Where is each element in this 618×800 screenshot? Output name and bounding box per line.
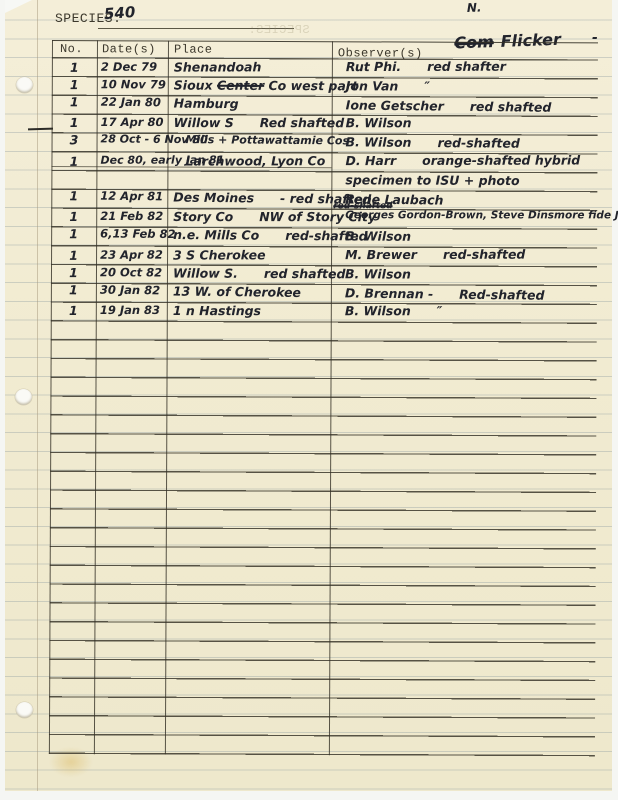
cell-date: 19 Jan 83 — [100, 303, 160, 317]
observer-note: red shafted — [470, 98, 552, 114]
cell-place: 13 W. of Cherokee — [173, 283, 301, 299]
cell-observer: D. Brennan -Red-shafted — [345, 285, 545, 302]
observer-text: B. Wilson — [345, 266, 411, 281]
cell-date: 21 Feb 82 — [100, 209, 163, 223]
place-text: Des Moines — [173, 189, 254, 205]
bleedthrough-text: SPECIES: — [248, 23, 310, 37]
table-row: 123 Apr 823 S CherokeeM. Brewerred-shaft… — [51, 245, 597, 265]
page-corner-fold — [5, 0, 32, 13]
cell-count: 1 — [51, 265, 96, 280]
punch-hole-bottom — [16, 702, 33, 718]
cell-place: Shenandoah — [174, 59, 262, 74]
cell-count: 1 — [52, 115, 97, 130]
observer-text: Ione Getscher — [346, 97, 444, 113]
cell-count: 1 — [51, 154, 96, 169]
place-struck-word: Center — [217, 78, 264, 93]
observer-note: orange-shafted hybrid — [422, 153, 580, 168]
cell-count: 1 — [52, 94, 97, 110]
observer-note: ″ — [437, 304, 443, 319]
observer-note: Red-shafted — [459, 286, 544, 302]
inserted-word: N. — [467, 1, 482, 16]
table-row: 1Dec 80, early Jan 81Larchwood, Lyon CoD… — [51, 151, 597, 171]
cell-observer: B. Wilson — [346, 116, 412, 131]
observer-text: Rut Phi. — [346, 59, 401, 74]
cell-place: Sioux Center Co west part — [174, 77, 358, 93]
cell-date: 10 Nov 79 — [101, 77, 166, 91]
table-row: 12 Dec 79ShenandoahRut Phi.red shafter — [52, 57, 598, 77]
place-text: 3 S Cherokee — [173, 247, 266, 262]
cell-observer: B. Wilsonred-shafted — [346, 135, 520, 151]
cell-count: 1 — [51, 209, 96, 224]
cell-count: 1 — [51, 282, 96, 298]
observer-text: B. Wilson — [345, 304, 411, 319]
observer-text: M. Brewer — [345, 247, 417, 262]
cell-date: 22 Jan 80 — [101, 94, 161, 109]
observer-text: Georges Gordon-Brown, Steve Dinsmore fid… — [345, 210, 618, 222]
header-date: Date(s) — [102, 42, 156, 56]
punch-hole-middle — [15, 389, 32, 405]
observer-text: D. Brennan - — [345, 285, 433, 301]
cell-date: 20 Oct 82 — [100, 265, 162, 279]
place-text: Mills + Pottawattamie Cos — [186, 133, 350, 147]
header-no: No. — [60, 42, 83, 56]
cell-observer: Jon Van″ — [346, 78, 430, 93]
cell-count: 1 — [51, 226, 96, 241]
place-note: Red shafted — [260, 116, 344, 131]
place-text: n.e. Mills Co — [173, 227, 259, 243]
inserted-annotation: red-shafted — [333, 202, 392, 212]
cell-observer: Ione Getscherred shafted — [346, 97, 552, 114]
observer-note: red-shafted — [443, 247, 525, 262]
cell-date: 2 Dec 79 — [101, 60, 157, 74]
place-text: Sioux — [174, 77, 217, 92]
table-row: 119 Jan 831 n HastingsB. Wilson″ — [51, 302, 597, 321]
place-text: 1 n Hastings — [173, 303, 261, 318]
place-text: Willow S. — [173, 265, 238, 280]
cell-place: 1 n Hastings — [173, 303, 261, 318]
cell-count: 1 — [52, 60, 97, 75]
observer-text: specimen to ISU + photo — [345, 172, 519, 188]
cell-date: 12 Apr 81 — [100, 188, 163, 203]
cell-count: 1 — [51, 303, 96, 318]
place-text: Willow S — [174, 115, 234, 130]
record-table: No. Date(s) Place Observer(s) 12 Dec 79S… — [49, 40, 598, 758]
cell-place: Willow S.red shafted — [173, 265, 346, 281]
cell-count: 1 — [51, 188, 96, 204]
header-place: Place — [174, 43, 213, 57]
cell-date: 23 Apr 82 — [100, 248, 163, 262]
place-text: Hamburg — [174, 95, 239, 111]
cell-observer: Georges Gordon-Brown, Steve Dinsmore fid… — [345, 210, 618, 222]
cell-place: 3 S Cherokee — [173, 247, 266, 262]
observer-text: B. Wilson — [345, 229, 411, 245]
cell-place: Larchwood, Lyon Co — [185, 153, 325, 168]
cell-place: Willow SRed shafted — [174, 115, 345, 130]
cell-date: 30 Jan 82 — [100, 282, 160, 297]
cell-date: 17 Apr 80 — [101, 115, 164, 129]
margin-line — [37, 0, 38, 791]
cell-place: n.e. Mills Cored-shafted — [173, 227, 368, 244]
cell-observer: specimen to ISU + photo — [345, 172, 519, 188]
cell-observer: B. Wilson — [345, 266, 411, 281]
observer-text: Jon Van — [346, 78, 399, 93]
cell-count: 1 — [51, 248, 96, 263]
place-text: 13 W. of Cherokee — [173, 283, 301, 299]
cell-count: 1 — [52, 77, 97, 92]
place-text: Shenandoah — [174, 59, 262, 74]
cell-place: Hamburg — [174, 95, 239, 111]
species-value-handwritten: 540 — [103, 3, 135, 23]
place-text: Story Co — [173, 209, 233, 224]
observer-note: red shafter — [427, 59, 506, 74]
cell-place: Mills + Pottawattamie Cos — [186, 133, 350, 147]
observer-text: D. Harr — [345, 153, 396, 168]
cell-observer: B. Wilson — [345, 229, 411, 245]
observer-text: B. Wilson — [346, 116, 412, 131]
place-note: red shafted — [264, 266, 346, 281]
cell-date: 6,13 Feb 82 — [100, 227, 175, 242]
cell-observer: M. Brewerred-shafted — [345, 247, 525, 262]
cell-observer: Rut Phi.red shafter — [346, 59, 506, 74]
cell-observer: B. Wilson″ — [345, 304, 443, 319]
observer-text: B. Wilson — [346, 135, 412, 151]
observer-note: red-shafted — [437, 135, 520, 151]
scanned-species-record-page: SPECIES: 540 SPECIES: ComN.Flicker - No.… — [0, 0, 618, 800]
place-text: Co west part — [264, 78, 358, 93]
cell-count: 3 — [52, 132, 97, 147]
place-text: Larchwood, Lyon Co — [185, 153, 325, 168]
observer-note: ″ — [424, 78, 430, 93]
punch-hole-top — [16, 77, 33, 93]
cell-observer: D. Harrorange-shafted hybrid — [345, 153, 580, 169]
